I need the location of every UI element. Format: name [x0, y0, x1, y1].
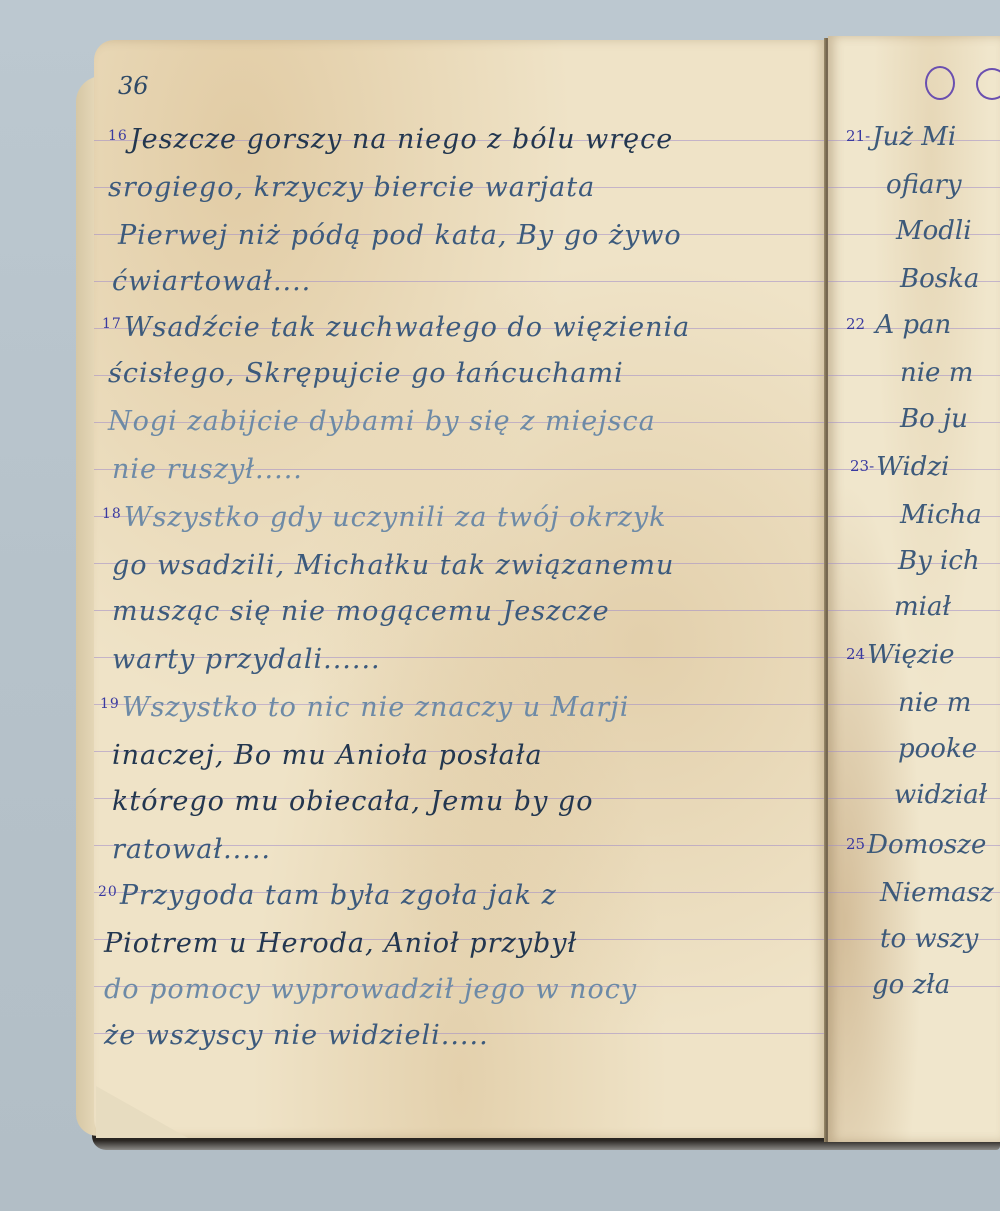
right-line: widział [894, 780, 987, 810]
right-line: ofiary [886, 170, 962, 200]
verse-text: Wszystko gdy uczynili za twój okrzyk [124, 502, 667, 533]
verse-19-line-3: którego mu obiecała, Jemu by go [112, 786, 593, 817]
folded-corner [96, 1086, 188, 1138]
verse-text: Wsadźcie tak zuchwałego do więzienia [124, 312, 690, 343]
verse-number: 17 [102, 316, 122, 332]
verse-18-line-4: warty przydali...... [112, 644, 381, 675]
verse-text: Jeszcze gorszy na niego z bólu wręce [130, 124, 673, 155]
circle-mark-icon [976, 68, 1000, 100]
verse-number: 22 [846, 315, 865, 333]
verse-number: 16 [108, 128, 128, 144]
verse-text: ćwiartował.... [112, 266, 311, 297]
verse-19-line-4: ratował..... [112, 834, 271, 865]
line-text: Więzie [867, 640, 954, 670]
verse-17-line-3: Nogi zabijcie dybami by się z miejsca [108, 406, 656, 437]
verse-17-line-1: 17Wsadźcie tak zuchwałego do więzienia [102, 312, 690, 343]
verse-number: 18 [102, 506, 122, 522]
verse-18-line-3: musząc się nie mogącemu Jeszcze [112, 596, 610, 627]
right-line: Niemasz [880, 878, 994, 908]
verse-20-line-3: do pomocy wyprowadził jego w nocy [104, 974, 637, 1005]
verse-20-line-2: Piotrem u Heroda, Anioł przybył [104, 928, 577, 959]
verse-text: Wszystko to nic nie znaczy u Marji [122, 692, 630, 723]
verse-number: 24 [846, 645, 865, 663]
right-line: miał [894, 592, 951, 622]
line-text: Widzi [876, 452, 949, 482]
verse-number: 21- [846, 127, 870, 145]
verse-17-line-4: nie ruszył..... [112, 454, 303, 485]
right-line: By ich [898, 546, 980, 576]
verse-number: 19 [100, 696, 120, 712]
verse-number: 20 [98, 884, 118, 900]
verse-17-line-2: ścisłego, Skrępujcie go łańcuchami [108, 358, 624, 389]
verse-20-line-4: że wszyscy nie widzieli..... [104, 1020, 489, 1051]
right-line: Micha [900, 500, 982, 530]
right-line: 23-Widzi [850, 452, 949, 482]
verse-20-line-1: 20Przygoda tam była zgoła jak z [98, 880, 557, 911]
right-line: nie m [898, 688, 971, 718]
page-number: 36 [118, 72, 149, 100]
right-line: go zła [872, 970, 950, 1000]
right-line: Bo ju [900, 404, 968, 434]
verse-16-line-2: srogiego, krzyczy biercie warjata [108, 172, 595, 203]
verse-19-line-2: inaczej, Bo mu Anioła posłała [112, 740, 543, 771]
right-line: pooke [898, 734, 977, 764]
right-line: Modli [896, 216, 972, 246]
right-line: 21-Już Mi [846, 122, 956, 152]
verse-18-line-1: 18Wszystko gdy uczynili za twój okrzyk [102, 502, 667, 533]
line-text: A pan [875, 310, 951, 340]
right-line: Boska [900, 264, 979, 294]
right-line: 22 A pan [846, 310, 951, 340]
verse-text: Przygoda tam była zgoła jak z [120, 880, 557, 911]
circle-mark-icon [925, 66, 955, 100]
verse-18-line-2: go wsadzili, Michałku tak związanemu [112, 550, 674, 581]
verse-16-line-4: ćwiartował.... [112, 266, 311, 297]
verse-16-line-1: 16Jeszcze gorszy na niego z bólu wręce [108, 124, 673, 155]
line-text: Już Mi [872, 122, 956, 152]
right-line: to wszy [880, 924, 978, 954]
verse-number: 25 [846, 835, 865, 853]
verse-16-line-3: Pierwej niż pódą pod kata, By go żywo [118, 220, 682, 251]
line-text: Domosze [867, 830, 986, 860]
verse-number: 23- [850, 457, 874, 475]
right-line: 25Domosze [846, 830, 986, 860]
right-line: nie m [900, 358, 973, 388]
right-line: 24Więzie [846, 640, 954, 670]
verse-19-line-1: 19Wszystko to nic nie znaczy u Marji [100, 692, 629, 723]
